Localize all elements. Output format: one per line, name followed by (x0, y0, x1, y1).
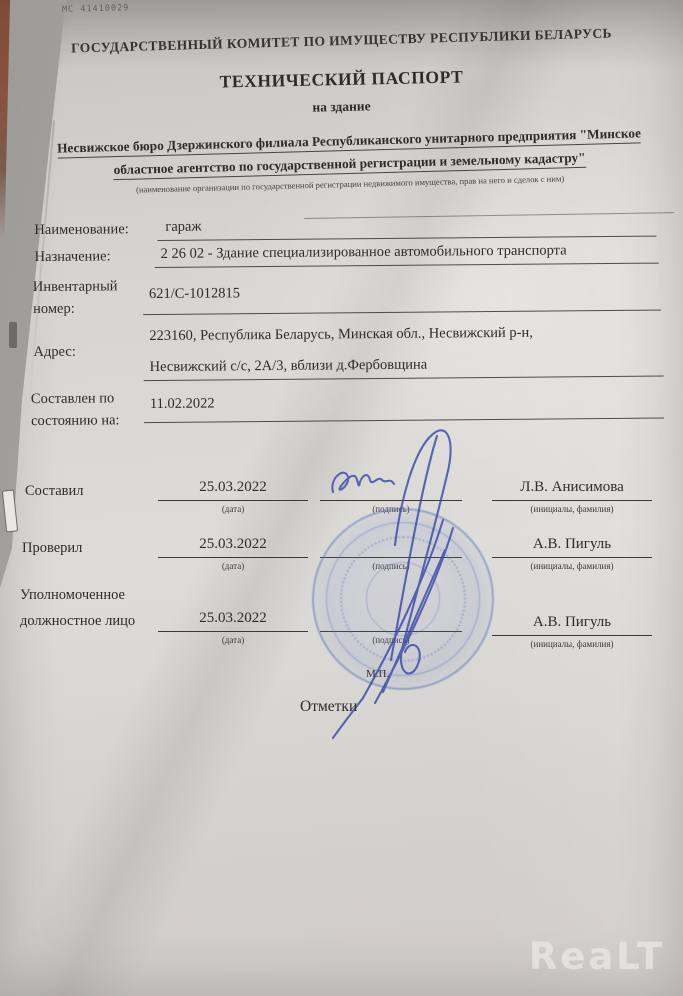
sig-row1-name-col: Л.В. Анисимова (инициалы, фамилия) (492, 479, 652, 514)
sig-row1-date-caption: (дата) (158, 504, 308, 514)
field-name-underline (157, 236, 656, 241)
stamp-place-note: М.П. (366, 668, 389, 680)
field-address-label: Адрес: (33, 344, 76, 361)
field-name-label: Наименование: (34, 221, 129, 239)
sig-row2-name: А.В. Пигуль (492, 536, 652, 558)
sig-row3-date-caption: (дата) (158, 635, 308, 645)
notes-section-title: Отметки (300, 698, 357, 716)
field-asof-label-line2: состоянию на: (31, 412, 120, 430)
field-purpose-label: Назначение: (35, 248, 111, 266)
sig-row3-role-line2: должностное лицо (20, 613, 135, 630)
field-purpose-underline (155, 263, 659, 268)
field-purpose-value: 2 26 02 - Здание специализированное авто… (161, 242, 567, 263)
sig-row1-role: Составил (25, 483, 84, 500)
sig-row1-date: 25.03.2022 (158, 479, 308, 501)
sig-row3-role-line1: Уполномоченное (20, 587, 125, 604)
sig-row3-name-col: А.В. Пигуль (инициалы, фамилия) (492, 614, 652, 649)
sig-row3-date-col: 25.03.2022 (дата) (158, 610, 308, 645)
sig-row2-role: Проверил (22, 540, 82, 557)
sig-row2-date-col: 25.03.2022 (дата) (158, 536, 308, 571)
sig-row2-name-caption: (инициалы, фамилия) (492, 561, 652, 571)
field-address-value-line1: 223160, Республика Беларусь, Минская обл… (149, 325, 533, 345)
field-inventory-label-line1: Инвентарный (33, 278, 118, 296)
sig-row1-name: Л.В. Анисимова (492, 479, 652, 501)
document-photo: МС 41410029 ГОСУДАРСТВЕННЫЙ КОМИТЕТ ПО И… (0, 0, 683, 996)
sig-row3-date: 25.03.2022 (158, 610, 308, 632)
field-address-value-line2: Несвижский с/с, 2А/3, вблизи д.Фербовщин… (150, 357, 428, 376)
field-inventory-label-line2: номер: (33, 301, 75, 318)
sig-row2-date: 25.03.2022 (158, 536, 308, 558)
field-asof-label-line1: Составлен по (31, 390, 115, 408)
sig-row1-date-col: 25.03.2022 (дата) (158, 479, 308, 514)
sig-row1-name-caption: (инициалы, фамилия) (492, 504, 652, 514)
sig-row3-name-caption: (инициалы, фамилия) (492, 639, 652, 649)
sig-row2-date-caption: (дата) (158, 561, 308, 571)
field-name-value: гараж (165, 219, 201, 236)
sig-row2-name-col: А.В. Пигуль (инициалы, фамилия) (492, 536, 652, 571)
field-inventory-underline (143, 310, 661, 316)
realt-watermark-logo: ReaLT (529, 935, 665, 978)
field-address-underline (144, 376, 664, 382)
field-inventory-value: 621/С-1012815 (149, 285, 240, 303)
ruling-line (304, 212, 674, 219)
sig-row3-name: А.В. Пигуль (492, 614, 652, 636)
field-asof-value: 11.02.2022 (150, 395, 215, 413)
